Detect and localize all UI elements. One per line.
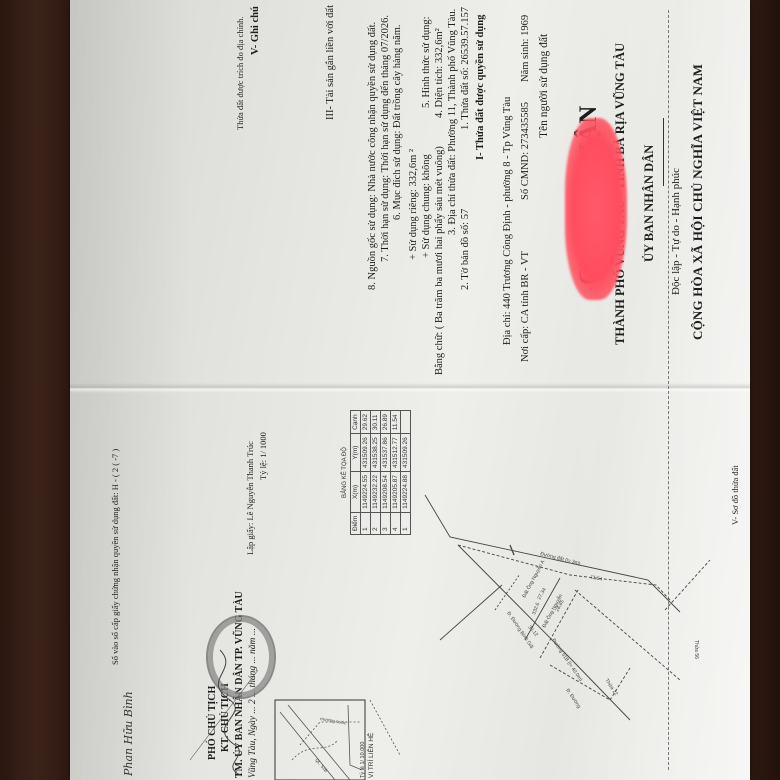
svg-text:Thửa 22: Thửa 22 [603,677,620,697]
wooden-table-left [0,0,72,780]
location-map-title: VỊ TRÍ LIÊN HỆ [368,733,375,778]
svg-text:Đ. Đường: Đ. Đường [564,688,582,710]
signer-name: Phan Hữu Bình [122,691,135,776]
registry-number: Số vào sổ cấp giấy chứng nhận quyền sử d… [110,449,120,665]
svg-text:Thửa 56: Thửa 56 [693,640,700,659]
wooden-table-right [748,0,780,780]
parcel-sketch: Đường đất (l= 3m) Đất Ông Nguyễn A Đất Ô… [70,0,750,780]
handwritten-signature [180,640,270,780]
land-use-certificate: CỘNG HÒA XÃ HỘI CHỦ NGHĨA VIỆT NAM Độc l… [70,0,750,780]
svg-text:QL. 51B: QL. 51B [314,757,328,773]
svg-text:mương nước: mương nước [320,716,348,726]
svg-text:Đường đất (l= 3m): Đường đất (l= 3m) [540,551,582,567]
svg-text:Đường 51B (l= 40.0m): Đường 51B (l= 40.0m) [550,638,583,683]
svg-text:27.34: 27.34 [536,587,547,601]
location-map-scale: Tỷ lệ 1/ 10.000 [360,742,366,778]
svg-text:11.54: 11.54 [590,574,603,583]
